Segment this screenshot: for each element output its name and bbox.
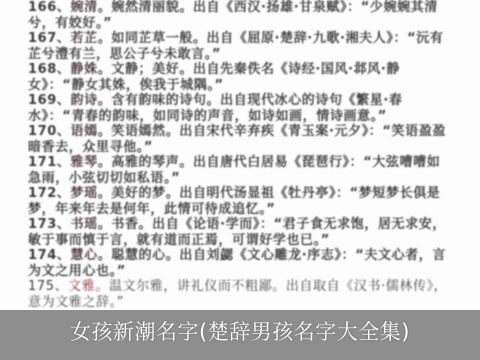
entry-number: 171、 xyxy=(28,155,71,170)
list-item: 175、文雅。温文尔雅，讲礼仪而不粗鄙。出自取自《汉书·儒林传》，意为文雅之辞。… xyxy=(28,279,448,310)
entry-name: 韵诗。 xyxy=(71,93,112,108)
entry-number: 166、 xyxy=(28,0,71,15)
entry-number: 175、 xyxy=(28,279,68,294)
entry-name: 书瑶。 xyxy=(71,217,112,232)
entry-number: 168、 xyxy=(28,62,71,77)
list-item: 167、若芷。如同芷草一般。出自《屈原·楚辞·九歌·湘夫人》：“沅有芷兮澧有兰，… xyxy=(28,31,448,62)
entry-number: 170、 xyxy=(28,124,71,139)
entry-name: 语嫣。 xyxy=(71,124,112,139)
list-item: 166、婉清。婉然清丽貌。出自《西汉·扬雄·甘泉赋》：“少婉婉其清兮，有姣好。” xyxy=(28,0,448,31)
entry-number: 172、 xyxy=(28,186,71,201)
list-item: 172、梦瑶。美好的梦。出自明代汤显祖《牡丹亭》：“梦短梦长俱是梦，年来年去是何… xyxy=(28,186,448,217)
caption-title: 女孩新潮名字(楚辞男孩名字大全集) xyxy=(0,316,480,346)
entry-number: 167、 xyxy=(28,31,71,46)
entry-name: 梦瑶。 xyxy=(71,186,112,201)
list-item: 174、慧心。聪慧的心。出自刘勰《文心雕龙·序志》：“夫文心者，言为文之用心也。… xyxy=(28,248,448,279)
list-item: 170、语嫣。笑语嫣然。出自宋代辛弃疾《青玉案·元夕》：“笑语盈盈暗香去，众里寻… xyxy=(28,124,448,155)
list-item: 169、韵诗。含有韵味的诗句。出自现代冰心的诗句《繁星·春水》：“青春的韵味，如… xyxy=(28,93,448,124)
entry-name: 慧心。 xyxy=(71,248,112,263)
entry-name: 婉清。 xyxy=(71,0,112,15)
entry-number: 169、 xyxy=(28,93,71,108)
entry-name: 静姝。 xyxy=(71,62,112,77)
list-item: 171、雅琴。高雅的琴声。出自唐代白居易《琵琶行》：“大弦嘈嘈如急雨，小弦切切如… xyxy=(28,155,448,186)
list-item: 168、静姝。文静；美好。出自先秦佚名《诗经·国风·邶风·静女》：“静女其姝，俟… xyxy=(28,62,448,93)
entry-name: 雅琴。 xyxy=(71,155,112,170)
entry-name: 若芷。 xyxy=(71,31,112,46)
document-photo: 166、婉清。婉然清丽貌。出自《西汉·扬雄·甘泉赋》：“少婉婉其清兮，有姣好。”… xyxy=(0,0,480,360)
list-item: 173、书瑶。书香。出自《论语·学而》：“君子食无求饱，居无求安，敏于事而慎于言… xyxy=(28,217,448,248)
name-list: 166、婉清。婉然清丽貌。出自《西汉·扬雄·甘泉赋》：“少婉婉其清兮，有姣好。”… xyxy=(28,0,448,310)
entry-number: 174、 xyxy=(28,248,71,263)
entry-name: 文雅。 xyxy=(68,279,109,294)
entry-number: 173、 xyxy=(28,217,71,232)
